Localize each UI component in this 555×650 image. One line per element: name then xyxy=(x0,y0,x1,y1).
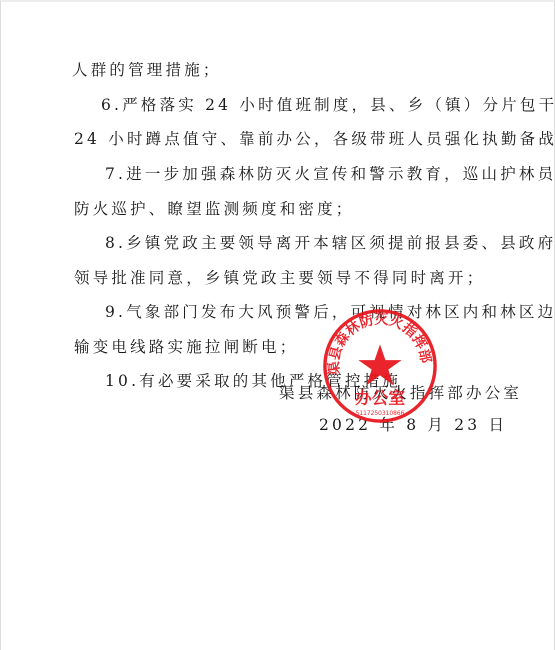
document-page: 人群的管理措施； 6.严格落实 24 小时值班制度，县、乡（镇）分片包干领导 2… xyxy=(0,0,555,650)
text-line-9: 输变电线路实施拉闸断电； xyxy=(74,337,298,357)
text-line-4: 7.进一步加强森林防灭火宣传和警示教育，巡山护林员加大 xyxy=(105,164,555,184)
text-line-6: 8.乡镇党政主要领导离开本辖区须提前报县委、县政府主要 xyxy=(105,233,555,253)
official-seal-icon: 渠县森林防灭火指挥部 办公室 5117250310866 xyxy=(321,307,439,425)
text-line-5: 防火巡护、瞭望监测频度和密度； xyxy=(74,199,355,219)
text-line-2: 6.严格落实 24 小时值班制度，县、乡（镇）分片包干领导 xyxy=(101,95,555,115)
stamp-serial: 5117250310866 xyxy=(356,411,405,417)
text-line-1: 人群的管理措施； xyxy=(72,60,222,80)
text-line-7: 领导批准同意，乡镇党政主要领导不得同时离开； xyxy=(74,268,485,288)
stamp-center-text: 办公室 xyxy=(355,387,405,407)
text-line-3: 24 小时蹲点值守、靠前办公，各级带班人员强化执勤备战； xyxy=(74,129,555,149)
